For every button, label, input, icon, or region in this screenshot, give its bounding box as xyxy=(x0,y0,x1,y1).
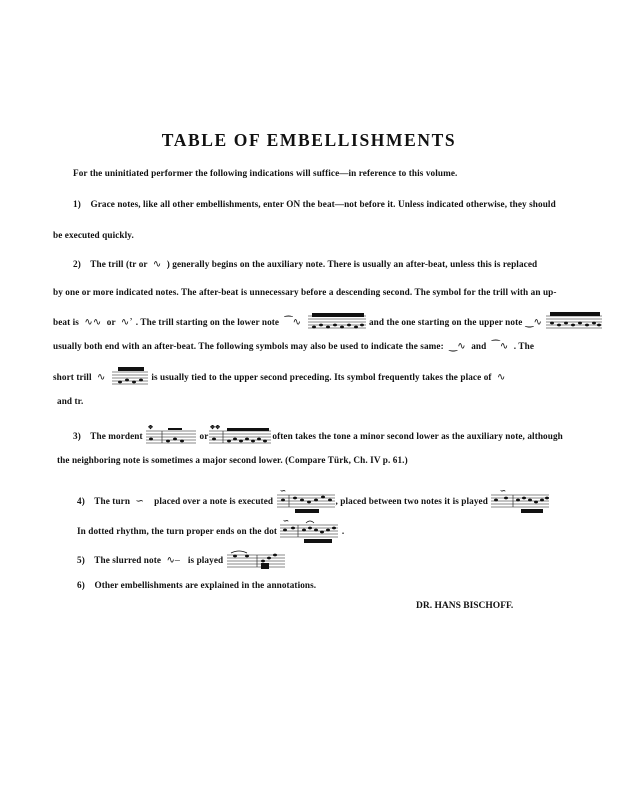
author-signature: DR. HANS BISCHOFF. xyxy=(416,601,513,611)
item-3-line-2: the neighboring note is sometimes a majo… xyxy=(57,455,408,465)
trill-wavy-icon: ∿ xyxy=(497,372,505,383)
item-text: or xyxy=(107,317,116,327)
item-text: is played xyxy=(188,555,223,565)
intro-text: For the uninitiated performer the follow… xyxy=(73,168,457,178)
item-4-line-1: 4) The turn ∽ placed over a note is exec… xyxy=(77,487,550,517)
item-5-line-1: 5) The slurred note ∿‒ is played xyxy=(77,549,286,573)
item-text: In dotted rhythm, the turn proper ends o… xyxy=(77,526,277,536)
short-trill-icon: ∿ xyxy=(97,372,105,383)
item-4-line-2: In dotted rhythm, the turn proper ends o… xyxy=(77,517,344,547)
item-2-line-1: 2) The trill (tr or ∿ ) generally begins… xyxy=(73,259,537,270)
item-text: is usually tied to the upper second prec… xyxy=(151,372,491,382)
item-text: , placed between two notes it is played xyxy=(336,496,488,506)
svg-text:∽: ∽ xyxy=(500,487,506,495)
music-example-icon xyxy=(227,549,285,573)
item-text: The mordent xyxy=(90,431,142,441)
music-example-icon: ✥ xyxy=(146,425,196,449)
item-text: and the one starting on the upper note xyxy=(369,317,522,327)
item-text: usually both end with an after-beat. The… xyxy=(53,341,444,351)
item-text: and xyxy=(471,341,486,351)
item-text: or xyxy=(200,431,209,441)
trill-upper-icon: ‿∿ xyxy=(525,317,542,328)
item-text: short trill xyxy=(53,372,92,382)
music-example-icon: ✥✥ xyxy=(209,425,271,449)
music-example-icon xyxy=(308,312,366,334)
item-3-line-1: 3) The mordent ✥ or✥✥often takes the ton… xyxy=(73,425,563,449)
item-text: often takes the tone a minor second lowe… xyxy=(272,431,563,441)
item-number: 4) xyxy=(77,496,85,506)
item-text: Other embellishments are explained in th… xyxy=(94,580,316,590)
item-2-line-6: and tr. xyxy=(57,396,83,406)
item-2-line-5: short trill ∿ is usually tied to the upp… xyxy=(53,366,508,390)
item-1-line-2: be executed quickly. xyxy=(53,230,134,240)
item-2-line-4: usually both end with an after-beat. The… xyxy=(53,341,534,352)
item-2-line-3: beat is ∿∿ or ∿’. The trill starting on … xyxy=(53,312,603,334)
music-example-icon: ∽ xyxy=(277,487,335,517)
music-example-icon xyxy=(112,366,148,390)
slurred-note-icon: ∿‒ xyxy=(166,555,180,566)
item-text: The turn xyxy=(94,496,130,506)
music-example-icon: ∽ xyxy=(491,487,549,517)
item-number: 1) xyxy=(73,199,81,209)
item-number: 3) xyxy=(73,431,81,441)
trill-symbol-a-icon: ‿∿ xyxy=(449,341,466,352)
item-text: . xyxy=(342,526,344,536)
music-example-icon: ∽ xyxy=(280,517,338,547)
item-text: The trill (tr or xyxy=(90,259,147,269)
item-number: 6) xyxy=(77,580,85,590)
item-number: 2) xyxy=(73,259,81,269)
svg-text:∽: ∽ xyxy=(283,517,289,525)
trill-wavy-icon: ∿ xyxy=(153,259,161,270)
svg-text:✥✥: ✥✥ xyxy=(210,425,220,431)
item-text: . The trill starting on the lower note xyxy=(136,317,279,327)
music-example-icon xyxy=(546,312,602,334)
item-text: beat is xyxy=(53,317,79,327)
item-text: placed over a note is executed xyxy=(154,496,273,506)
svg-text:✥: ✥ xyxy=(148,425,153,431)
page: TABLE OF EMBELLISHMENTS For the uninitia… xyxy=(0,0,618,800)
turn-icon: ∽ xyxy=(135,496,143,507)
item-text: The slurred note xyxy=(94,555,161,565)
page-title: TABLE OF EMBELLISHMENTS xyxy=(0,130,618,151)
trill-lower-icon: ⁀∿ xyxy=(285,317,302,328)
item-6-line-1: 6) Other embellishments are explained in… xyxy=(77,580,316,590)
item-text: Grace notes, like all other embellishmen… xyxy=(90,199,555,209)
item-number: 5) xyxy=(77,555,85,565)
item-text: ) generally begins on the auxiliary note… xyxy=(167,259,538,269)
svg-text:∽: ∽ xyxy=(280,487,286,495)
item-1-line-1: 1) Grace notes, like all other embellish… xyxy=(73,199,556,209)
item-text: . The xyxy=(514,341,534,351)
trill-upbeat-alt-icon: ∿’ xyxy=(121,317,133,328)
item-2-line-2: by one or more indicated notes. The afte… xyxy=(53,287,557,297)
trill-upbeat-icon: ∿∿ xyxy=(84,317,101,328)
trill-symbol-b-icon: ⁀∿ xyxy=(492,341,509,352)
